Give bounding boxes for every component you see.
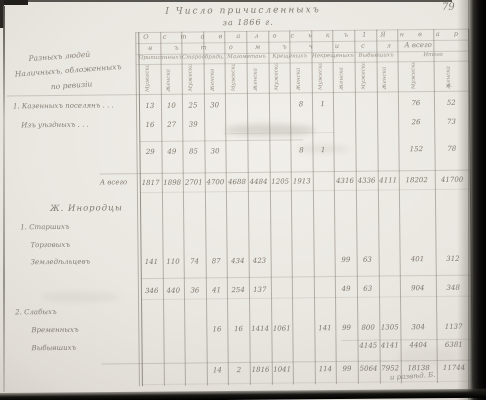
table-cell: 800: [357, 323, 379, 333]
table-cell: 1041: [271, 364, 293, 374]
row-label: Временныхъ: [31, 326, 78, 334]
column-label-vertical: Мужеска: [411, 62, 417, 89]
row-label: 2. Слабыхъ: [15, 308, 57, 316]
table-cell: 26: [398, 117, 433, 127]
table-cell: 423: [249, 256, 271, 266]
table-cell: 87: [205, 256, 227, 266]
table-cell: 14: [207, 365, 229, 375]
table-cell: 13: [139, 101, 161, 111]
column-label-vertical: Женска: [297, 63, 303, 90]
column-group-label: Некрещеныхъ: [311, 53, 354, 62]
column-label-vertical: Мужеска: [318, 63, 324, 90]
page-subtitle: за 1866 г.: [203, 17, 293, 27]
row-label: Торговыхъ: [30, 241, 70, 249]
table-cell: 49: [335, 284, 357, 294]
column-label-vertical: Мужеска: [361, 63, 367, 90]
table-cell: 141: [314, 323, 336, 333]
section-heading: Ж. Инородцы: [50, 203, 123, 214]
column-group-label: Магометанъ: [225, 54, 268, 63]
column-label-vertical: Женска: [253, 64, 259, 91]
grid-line: [160, 32, 165, 386]
column-group-label: Крещеныхъ: [268, 53, 311, 62]
table-cell: 1: [312, 99, 334, 109]
table-cell: 346: [141, 286, 163, 296]
grid-line: [141, 275, 471, 279]
table-cell: 141: [141, 257, 163, 267]
table-cell: 39: [182, 119, 204, 129]
table-cell: 440: [162, 286, 184, 296]
table-cell: 254: [227, 285, 249, 295]
table-cell: 10: [161, 101, 183, 111]
column-group-label: Приписанныхъ: [138, 55, 181, 64]
column-label-vertical: Женска: [340, 63, 346, 90]
column-label-vertical: Женска: [383, 62, 389, 89]
row-label: Земледѣльцевъ: [31, 258, 91, 267]
table-cell: 29: [139, 147, 161, 157]
table-cell: 4316: [334, 176, 356, 186]
page-edge-top: [22, 0, 452, 2]
table-cell: 137: [249, 285, 271, 295]
table-cell: 1816: [250, 365, 272, 375]
row-label: Изъ уѣздныхъ . . .: [21, 121, 89, 130]
table-cell: 30: [204, 100, 226, 110]
table-cell: 4111: [377, 175, 399, 185]
page-number: 79: [442, 2, 455, 13]
table-cell: 1913: [291, 176, 313, 186]
book-binding-edge: [468, 0, 486, 400]
grid-line: [100, 170, 470, 175]
table-cell: 5064: [358, 364, 380, 374]
table-cell: 18202: [399, 175, 434, 185]
grid-line: [7, 91, 469, 97]
table-cell: 49: [161, 147, 183, 157]
table-cell: 30: [204, 146, 226, 156]
table-cell: 1817: [140, 178, 162, 188]
column-label-vertical: Женска: [210, 64, 216, 91]
ink-smudge: [40, 292, 120, 302]
table-cell: 904: [400, 283, 435, 293]
table-cell: 4141: [379, 340, 401, 350]
column-label-vertical: Женска: [447, 62, 453, 89]
table-cell: 1414: [249, 324, 271, 334]
table-cell: 85: [183, 146, 205, 156]
table-cell: 4336: [356, 176, 378, 186]
column-group-label: Старообрядц.: [182, 54, 225, 63]
table-cell: 434: [227, 256, 249, 266]
grid-line: [140, 189, 470, 193]
column-label-vertical: Мужеска: [189, 65, 195, 92]
table-cell: 152: [399, 144, 434, 154]
table-cell: 25: [182, 100, 204, 110]
table-cell: 16: [206, 324, 228, 334]
table-cell: 99: [335, 255, 357, 265]
row-label: А всего: [100, 178, 128, 186]
row-label: 1. Старшихъ: [20, 223, 69, 232]
grid-line: [138, 32, 143, 386]
table-cell: 401: [400, 254, 435, 264]
table-cell: 4484: [248, 177, 270, 187]
table-cell: 27: [161, 120, 183, 130]
table-cell: 1061: [271, 323, 293, 333]
table-cell: 1305: [379, 322, 401, 332]
ink-smudge: [295, 145, 350, 153]
table-cell: 110: [162, 257, 184, 267]
column-label-vertical: Мужеска: [275, 64, 281, 91]
page-edge-left: [3, 6, 5, 392]
column-group-label: Выбывшихъ: [354, 52, 397, 61]
table-cell: 2: [228, 365, 250, 375]
table-cell: 114: [315, 364, 337, 374]
column-label-vertical: Женска: [167, 65, 173, 92]
table-cell: 304: [400, 322, 435, 332]
grid-line: [142, 381, 472, 385]
table-cell: 4688: [226, 177, 248, 187]
stub-header-line2: Наличныхъ, обложенныхъ: [14, 62, 121, 79]
row-label: Выбывшихъ: [31, 344, 76, 352]
table-cell: 8: [290, 99, 312, 109]
grid-line: [139, 139, 303, 142]
table-cell: 1898: [161, 178, 183, 188]
table-cell: 99: [336, 323, 358, 333]
table-cell: 76: [398, 98, 433, 108]
page-content: І Число причисленныхъ за 1866 г. 79 я. Р…: [0, 0, 486, 400]
grid-line: [141, 296, 471, 300]
table-cell: 4700: [205, 177, 227, 187]
table-cell: 7952: [379, 363, 401, 373]
row-label: 1. Казенныхъ поселянъ . . .: [13, 101, 114, 110]
table-cell: 16: [228, 324, 250, 334]
table-cell: 36: [184, 285, 206, 295]
header-band-total: А всего: [404, 41, 432, 49]
stub-header-line3: по ревизіи: [51, 79, 93, 91]
ink-smudge: [225, 124, 315, 136]
table-cell: 1205: [269, 176, 291, 186]
table-cell: 2701: [183, 177, 205, 187]
scanned-ledger-page: І Число причисленныхъ за 1866 г. 79 я. Р…: [0, 0, 486, 400]
table-cell: 99: [336, 364, 358, 374]
page-title: І Число причисленныхъ: [138, 5, 348, 17]
ink-smudge: [398, 348, 458, 366]
column-label-vertical: Мужеска: [232, 64, 238, 91]
page-corner-mark: [0, 0, 28, 5]
table-cell: 4145: [357, 341, 379, 351]
grid-line: [181, 32, 186, 386]
table-cell: 16: [139, 120, 161, 130]
column-label-vertical: Мужеска: [145, 65, 151, 92]
table-cell: 63: [357, 255, 379, 265]
table-cell: 63: [357, 284, 379, 294]
table-cell: 74: [184, 256, 206, 266]
stub-header-line1: Разныхъ людей: [28, 50, 90, 63]
table-cell: 41: [206, 285, 228, 295]
